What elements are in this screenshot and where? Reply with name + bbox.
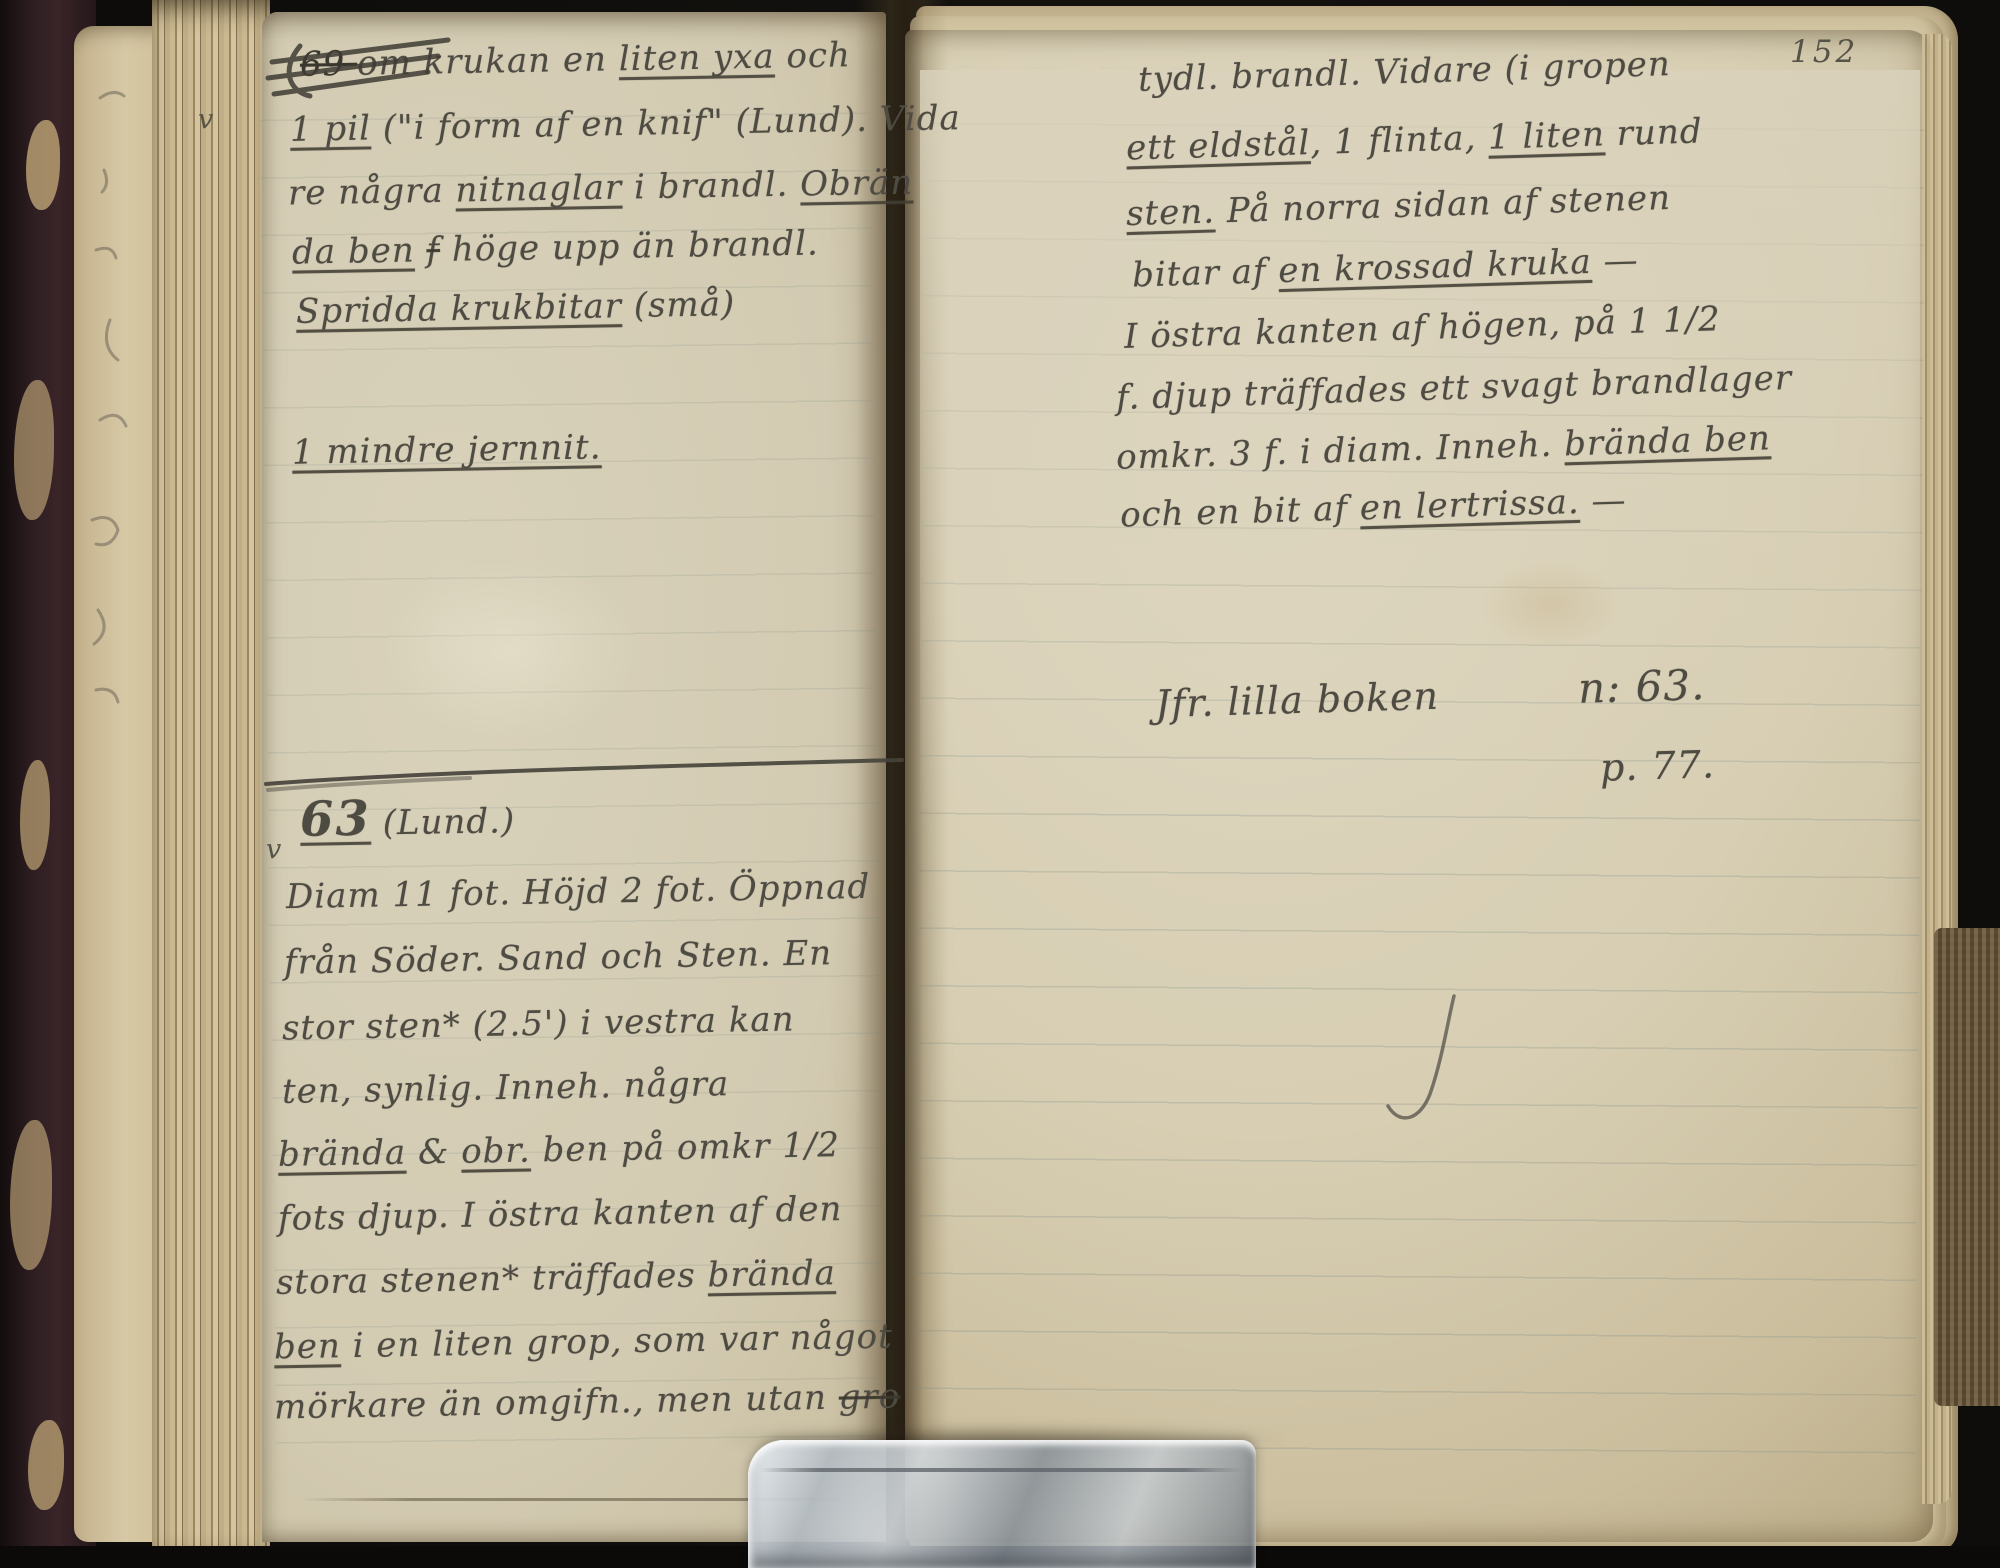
right-reference-page: p. 77. bbox=[1599, 742, 1715, 789]
handwritten-text-segment: & bbox=[406, 1132, 462, 1173]
handwritten-text-segment: ten, synlig. Inneh. några bbox=[282, 1064, 730, 1112]
handwritten-text-segment: liten yxa bbox=[618, 37, 775, 80]
handwritten-text-segment: Jfr. lilla boken bbox=[1154, 674, 1439, 726]
handwritten-text-segment: ben på omkr 1/2 bbox=[530, 1125, 840, 1170]
handwritten-text-segment: 1 pil bbox=[290, 108, 372, 149]
handwritten-text-segment: da ben bbox=[292, 230, 415, 272]
handwritten-text-segment: re några bbox=[288, 171, 456, 214]
handwritten-text-segment: brända bbox=[707, 1253, 836, 1295]
handwritten-text-segment: stora stenen* träffades bbox=[276, 1255, 708, 1303]
page-stack-fore-edge bbox=[152, 0, 270, 1568]
handwritten-text-segment: ett eldstål bbox=[1126, 123, 1311, 168]
handwritten-text-segment: 1 liten bbox=[1488, 114, 1606, 157]
margin-check-mark-upper: v bbox=[198, 104, 213, 135]
page-holder-clip bbox=[748, 1440, 1256, 1568]
handwritten-text-segment: f bbox=[426, 230, 440, 270]
handwritten-text-segment: i brandl. bbox=[622, 165, 801, 208]
handwritten-text-segment: 1 mindre jernnit. bbox=[292, 427, 602, 472]
handwritten-text-segment: brända bbox=[278, 1133, 407, 1175]
handwritten-text-segment: , bbox=[1464, 118, 1489, 159]
handwritten-text-segment: nitnaglar bbox=[455, 168, 622, 211]
handwritten-text-segment: om krukan en bbox=[357, 39, 619, 84]
handwritten-text-segment: (Lund.) bbox=[371, 801, 516, 844]
handwritten-text-segment: — bbox=[1591, 240, 1639, 281]
handwritten-text-segment: och bbox=[774, 35, 851, 76]
handwritten-text-segment: en lertrissa. bbox=[1359, 482, 1580, 529]
handwritten-text-segment: , bbox=[1310, 122, 1335, 163]
handwritten-text-segment: bitar af bbox=[1132, 251, 1279, 295]
cloth-backing bbox=[1934, 928, 2000, 1406]
left-line-6: 1 mindre jernnit. bbox=[292, 427, 602, 472]
page-number: 152 bbox=[1790, 34, 1858, 70]
handwritten-text-segment: obr. bbox=[461, 1130, 531, 1171]
left-line-5: Spridda krukbitar (små) bbox=[296, 284, 736, 332]
handwritten-text-segment: n: 63. bbox=[1577, 660, 1706, 713]
handwritten-text-segment: brända ben bbox=[1564, 418, 1772, 464]
handwritten-text-segment: 1 flinta bbox=[1333, 119, 1465, 163]
handwritten-text-segment: — bbox=[1579, 480, 1627, 521]
left-line-11: ten, synlig. Inneh. några bbox=[282, 1064, 730, 1112]
right-reference-note: Jfr. lilla boken bbox=[1154, 674, 1439, 726]
handwritten-text-segment: gro bbox=[838, 1377, 900, 1418]
handwritten-text-segment: ben bbox=[274, 1326, 341, 1367]
handwritten-text-segment: Spridda krukbitar bbox=[296, 286, 623, 332]
handwritten-text-segment: 63 bbox=[300, 791, 372, 848]
handwritten-text-segment: rund bbox=[1604, 111, 1703, 154]
left-section-heading: 63 (Lund.) bbox=[300, 788, 516, 848]
handwritten-text-segment: 69 bbox=[300, 44, 358, 85]
handwritten-text-segment: sten. bbox=[1126, 191, 1216, 234]
handwritten-text-segment: Obrän bbox=[800, 163, 914, 205]
notebook-photo: 69 om krukan en liten yxa och 1 pil ("i … bbox=[0, 0, 2000, 1568]
handwritten-text-segment: (små) bbox=[622, 284, 736, 326]
clip-seam bbox=[760, 1468, 1242, 1472]
handwritten-text-segment: och en bit af bbox=[1120, 488, 1361, 535]
handwritten-text-segment: höge upp än brandl. bbox=[440, 223, 819, 270]
right-reference-number: n: 63. bbox=[1577, 660, 1706, 713]
margin-check-mark-63: v bbox=[266, 834, 281, 865]
handwritten-text-segment: p. 77. bbox=[1599, 742, 1715, 789]
